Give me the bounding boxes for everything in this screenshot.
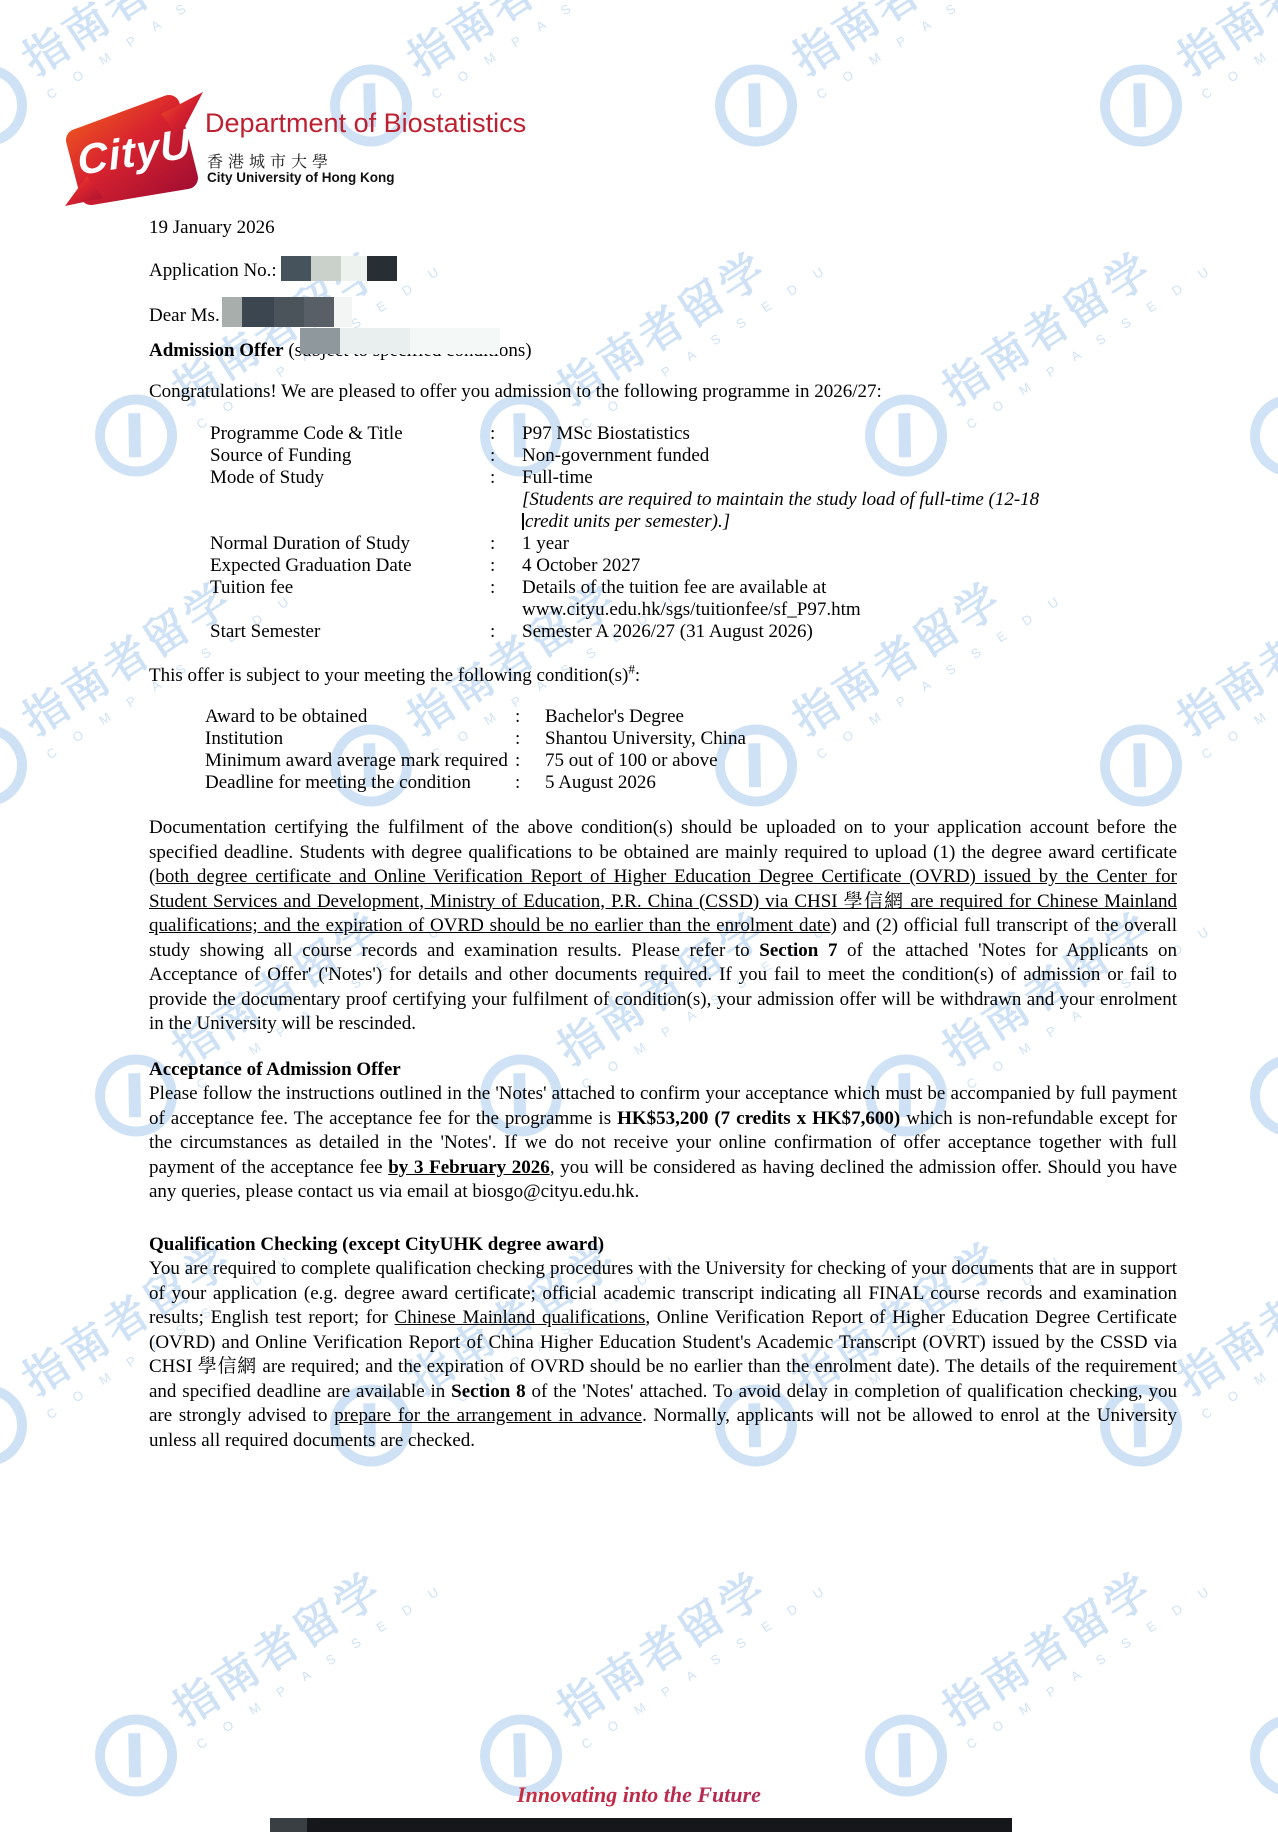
detail-row: Tuition fee:Details of the tuition fee a… <box>210 577 1177 621</box>
watermark: 指南者留学C O M P A S S E D U <box>849 1530 1223 1812</box>
department-title: Department of Biostatistics <box>205 108 526 139</box>
detail-label: Expected Graduation Date <box>210 555 490 577</box>
detail-value: Bachelor's Degree <box>545 706 1177 728</box>
text-cursor-artifact <box>522 513 524 530</box>
detail-row: Normal Duration of Study:1 year <box>210 533 1177 555</box>
admission-letter-page: 指南者留学C O M P A S S E D U指南者留学C O M P A S… <box>0 0 1278 1832</box>
detail-value: Semester A 2026/27 (31 August 2026) <box>522 621 1177 643</box>
detail-label: Institution <box>205 728 515 750</box>
congratulations-line: Congratulations! We are pleased to offer… <box>149 380 1177 405</box>
watermark-logo-icon <box>1234 379 1278 492</box>
programme-details-table: Programme Code & Title:P97 MSc Biostatis… <box>210 423 1177 643</box>
detail-value: 1 year <box>522 533 1177 555</box>
watermark: 指南者留学C O M P A S S E D U <box>699 0 1073 162</box>
detail-row: Award to be obtained:Bachelor's Degree <box>205 706 1177 728</box>
watermark-logo-icon <box>699 49 812 162</box>
detail-label: Start Semester <box>210 621 490 643</box>
detail-label: Source of Funding <box>210 445 490 467</box>
detail-value: Full-time[Students are required to maint… <box>522 467 1177 533</box>
salutation-line: Dear Ms. <box>149 297 1177 329</box>
detail-label: Deadline for meeting the condition <box>205 772 515 794</box>
detail-row: Minimum award average mark required:75 o… <box>205 750 1177 772</box>
detail-row: Expected Graduation Date:4 October 2027 <box>210 555 1177 577</box>
detail-colon: : <box>490 533 522 555</box>
watermark: 指南者留学C O M P A S S E D U <box>464 1530 838 1812</box>
salutation-label: Dear Ms. <box>149 305 220 326</box>
watermark-logo-icon <box>0 49 43 162</box>
detail-colon: : <box>490 423 522 445</box>
detail-value: 75 out of 100 or above <box>545 750 1177 772</box>
detail-value: P97 MSc Biostatistics <box>522 423 1177 445</box>
detail-label: Normal Duration of Study <box>210 533 490 555</box>
detail-value: Non-government funded <box>522 445 1177 467</box>
qualification-paragraph: You are required to complete qualificati… <box>149 1257 1177 1453</box>
acceptance-paragraph: Please follow the instructions outlined … <box>149 1082 1177 1205</box>
bottom-scan-bar <box>270 1818 1012 1832</box>
watermark-logo-icon <box>0 709 43 822</box>
detail-label: Minimum award average mark required <box>205 750 515 772</box>
university-name-chinese: 香港城市大學 <box>207 149 333 172</box>
subject-title: Admission Offer <box>149 340 284 361</box>
conditions-intro-line: This offer is subject to your meeting th… <box>149 664 1177 689</box>
qualification-heading: Qualification Checking (except CityUHK d… <box>149 1233 1177 1258</box>
redaction-subject-area <box>300 328 500 354</box>
detail-value: Shantou University, China <box>545 728 1177 750</box>
detail-colon: : <box>490 555 522 577</box>
watermark: 指南者留学C O M P A S S E D U <box>79 1530 453 1812</box>
conditions-intro-text: This offer is subject to your meeting th… <box>149 665 628 686</box>
documentation-paragraph: Documentation certifying the fulfilment … <box>149 816 1177 1037</box>
redaction-recipient-name <box>222 297 352 327</box>
conditions-table: Award to be obtained:Bachelor's DegreeIn… <box>205 706 1177 794</box>
detail-row: Mode of Study:Full-time[Students are req… <box>210 467 1177 533</box>
application-number-line: Application No.: <box>149 256 1177 284</box>
detail-label: Award to be obtained <box>205 706 515 728</box>
detail-colon: : <box>490 467 522 533</box>
application-number-label: Application No.: <box>149 260 277 281</box>
detail-label: Mode of Study <box>210 467 490 533</box>
watermark: 指南者留学C O M P A S S E D U <box>1234 1530 1278 1812</box>
cityu-logo: CityU <box>55 88 215 210</box>
watermark-logo-icon <box>0 1369 43 1482</box>
university-name-english: City University of Hong Kong <box>207 170 395 185</box>
detail-colon: : <box>515 772 545 794</box>
detail-row: Institution:Shantou University, China <box>205 728 1177 750</box>
detail-value: 4 October 2027 <box>522 555 1177 577</box>
watermark-logo-icon <box>1234 1039 1278 1152</box>
detail-row: Deadline for meeting the condition:5 Aug… <box>205 772 1177 794</box>
detail-label: Programme Code & Title <box>210 423 490 445</box>
university-slogan: Innovating into the Future <box>0 1782 1278 1808</box>
watermark: 指南者留学C O M P A S S E D U <box>1234 870 1278 1152</box>
watermark-logo-icon <box>314 49 427 162</box>
detail-row: Start Semester:Semester A 2026/27 (31 Au… <box>210 621 1177 643</box>
watermark-logo-icon <box>1084 49 1197 162</box>
detail-colon: : <box>515 706 545 728</box>
detail-row: Programme Code & Title:P97 MSc Biostatis… <box>210 423 1177 445</box>
conditions-intro-colon: : <box>635 665 640 686</box>
letter-date: 19 January 2026 <box>149 216 1177 241</box>
detail-colon: : <box>490 577 522 621</box>
redaction-application-number <box>281 256 397 281</box>
detail-colon: : <box>515 750 545 772</box>
detail-value: 5 August 2026 <box>545 772 1177 794</box>
detail-value: Details of the tuition fee are available… <box>522 577 1177 621</box>
detail-colon: : <box>490 621 522 643</box>
watermark: 指南者留学C O M P A S S E D U <box>1084 0 1278 162</box>
detail-row: Source of Funding:Non-government funded <box>210 445 1177 467</box>
watermark: 指南者留学C O M P A S S E D U <box>1234 210 1278 492</box>
detail-colon: : <box>490 445 522 467</box>
detail-colon: : <box>515 728 545 750</box>
detail-label: Tuition fee <box>210 577 490 621</box>
acceptance-heading: Acceptance of Admission Offer <box>149 1058 1177 1083</box>
